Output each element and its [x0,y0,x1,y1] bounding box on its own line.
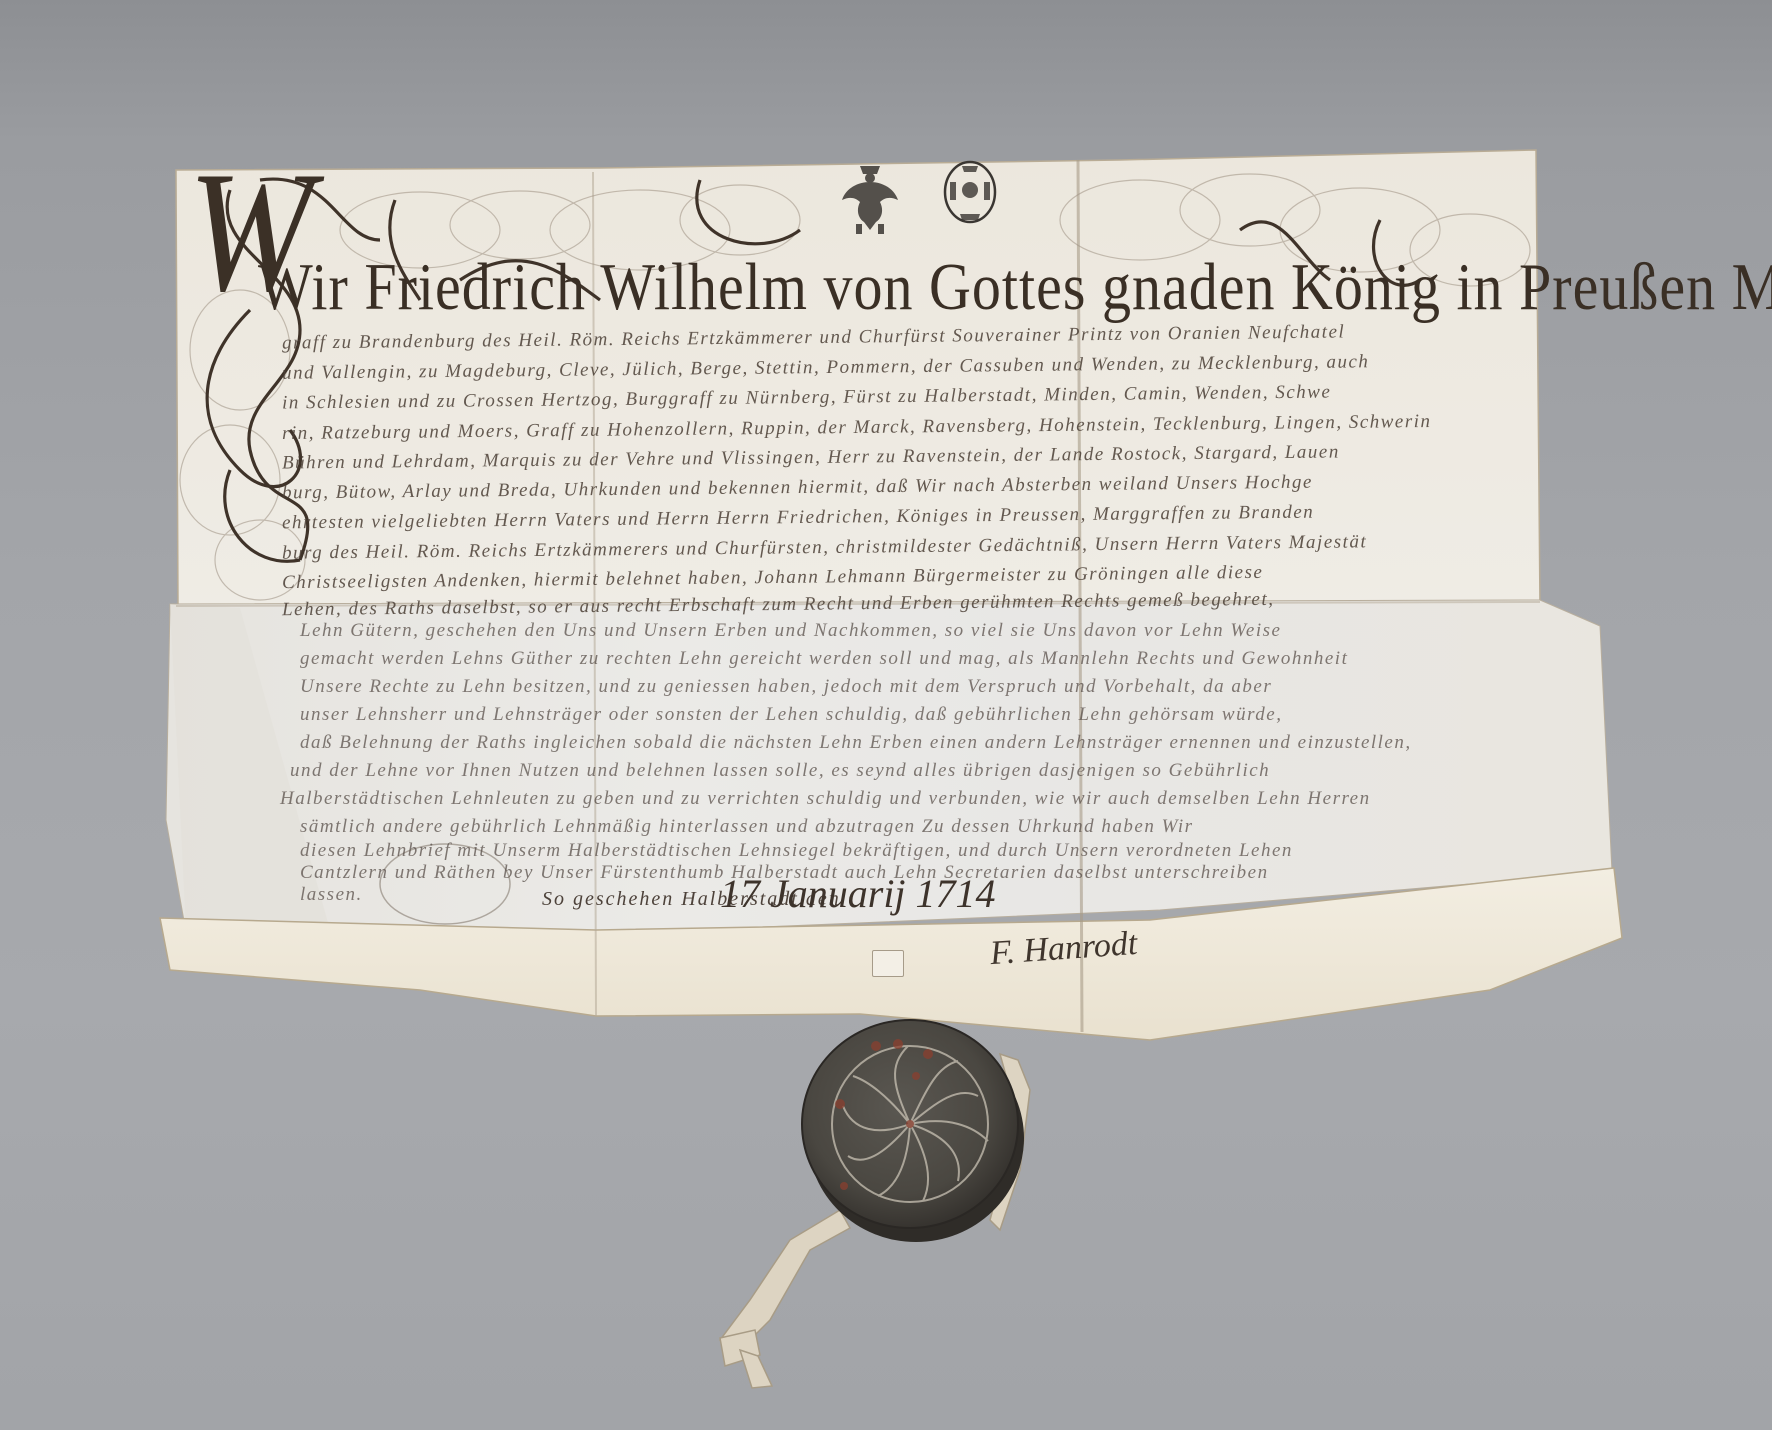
text-line: Unsere Rechte zu Lehn besitzen, und zu g… [300,676,1272,698]
text-line: und der Lehne vor Ihnen Nutzen und beleh… [290,760,1270,782]
text-line: gemacht werden Lehns Güther zu rechten L… [300,648,1348,670]
text-line: sämtlich andere gebührlich Lehnmäßig hin… [300,816,1194,838]
text-line: lassen. [300,884,363,906]
text-line: unser Lehnsherr und Lehnsträger oder son… [300,704,1282,726]
wax-seal [798,1006,1028,1246]
text-line: diesen Lehnbrief mit Unserm Halberstädti… [300,840,1293,862]
text-line: daß Belehnung der Raths ingleichen sobal… [300,732,1412,754]
seal-cord-slot [872,950,904,977]
round-crown-stamp-icon [942,158,998,226]
text-line: Halberstädtischen Lehnleuten zu geben un… [280,788,1371,810]
heading-text: Wir Friedrich Wilhelm von Gottes gnaden … [258,249,1772,324]
photograph: W Wir Friedrich Wilhelm von Gottes gnade… [0,0,1772,1430]
issue-date: 17 Januarij 1714 [720,870,996,917]
prussian-eagle-stamp-icon [838,160,902,238]
charter-heading: W Wir Friedrich Wilhelm von Gottes gnade… [258,248,1772,325]
text-line: Lehn Gütern, geschehen den Uns und Unser… [300,620,1281,642]
initial-letter: W [188,133,314,331]
